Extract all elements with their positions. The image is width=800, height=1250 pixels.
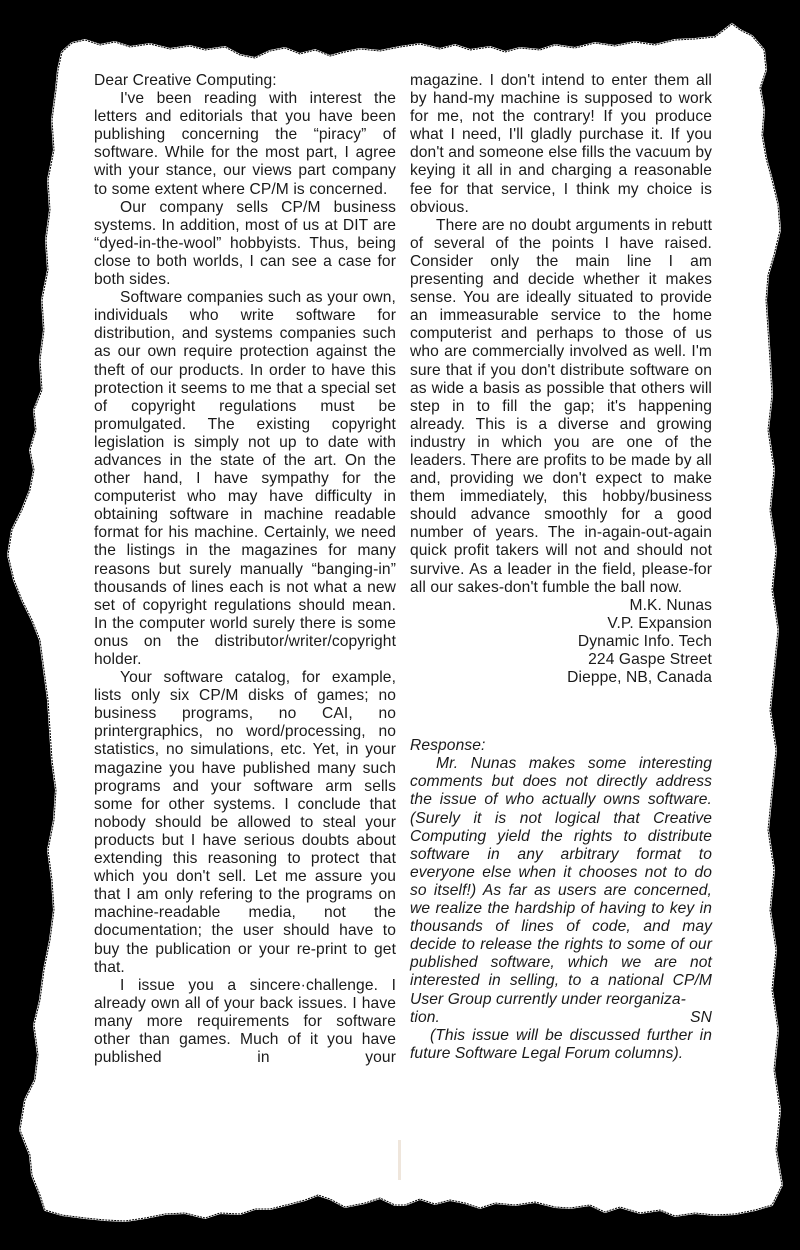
letter-paragraph: Our company sells CP/M business systems.… [94, 199, 396, 289]
editor-initials: SN [690, 1009, 712, 1027]
column-divider [398, 1140, 401, 1180]
right-column: magazine. I don't intend to enter them a… [410, 72, 712, 1063]
letter-paragraph-continued: magazine. I don't intend to enter them a… [410, 72, 712, 217]
letter-paragraph: I issue you a sincere·challenge. I alrea… [94, 977, 396, 1067]
letter-paragraph: Software companies such as your own, ind… [94, 289, 396, 669]
signer-company: Dynamic Info. Tech [410, 633, 712, 651]
response-title: Response: [410, 737, 712, 755]
signer-name: M.K. Nunas [410, 597, 712, 615]
letter-paragraph: There are no doubt arguments in rebutt o… [410, 217, 712, 597]
left-column: Dear Creative Computing: I've been readi… [94, 72, 396, 1067]
response-note: (This issue will be discussed further in… [410, 1027, 712, 1063]
response-body: Mr. Nunas makes some interesting comment… [410, 755, 712, 1008]
response-signoff: tion. SN [410, 1009, 712, 1027]
letter-paragraph: Your software catalog, for example, list… [94, 669, 396, 977]
signer-city: Dieppe, NB, Canada [410, 669, 712, 687]
response-body-end: tion. [410, 1009, 440, 1027]
signature-block: M.K. Nunas V.P. Expansion Dynamic Info. … [410, 597, 712, 687]
letter-page: Dear Creative Computing: I've been readi… [0, 0, 800, 1250]
salutation: Dear Creative Computing: [94, 72, 396, 90]
signer-street: 224 Gaspe Street [410, 651, 712, 669]
signer-title: V.P. Expansion [410, 615, 712, 633]
editor-response: Response: Mr. Nunas makes some interesti… [410, 737, 712, 1063]
letter-paragraph: I've been reading with interest the lett… [94, 90, 396, 199]
